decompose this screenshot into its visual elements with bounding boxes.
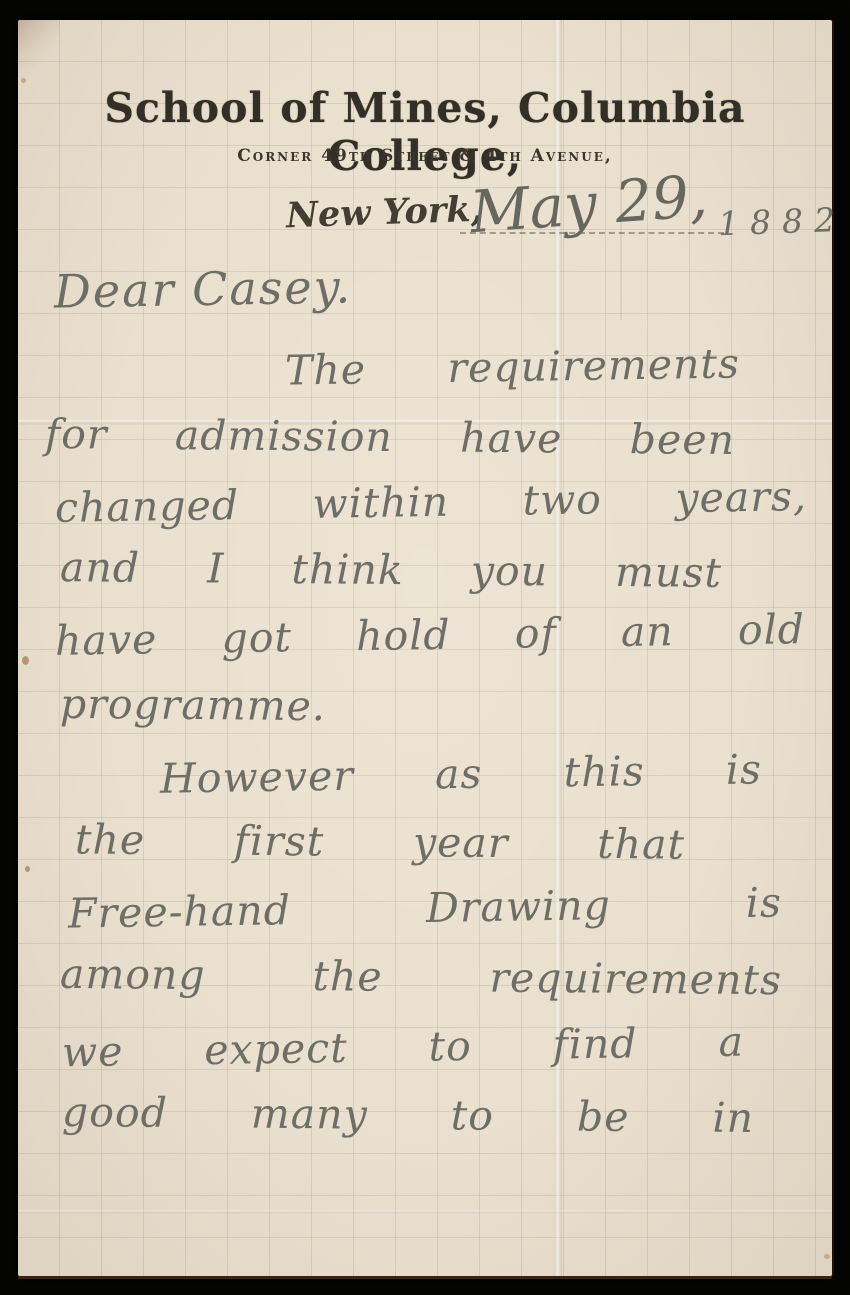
letter-paper: School of Mines, Columbia College, Corne… <box>18 20 832 1276</box>
handwritten-line: However as this is <box>160 745 763 802</box>
handwritten-line: among the requirements <box>60 950 782 1004</box>
handwritten-line: Free-hand Drawing is <box>68 878 783 937</box>
handwritten-line: have got hold of an old <box>55 605 806 665</box>
handwritten-line: the first year that <box>75 815 685 868</box>
handwritten-line: for admission have been <box>45 410 735 464</box>
scanned-letter: School of Mines, Columbia College, Corne… <box>0 0 850 1295</box>
handwritten-line: good many to be in <box>62 1088 754 1142</box>
handwritten-line: and I think you must <box>60 543 722 597</box>
handwritten-line: we expect to find a <box>62 1018 745 1077</box>
handwritten-line: The requirements <box>285 339 741 394</box>
handwritten-line: changed within two years, <box>55 472 808 532</box>
handwritten-line: programme. <box>60 680 326 730</box>
letter-body: The requirementsfor admission have beenc… <box>18 20 832 1276</box>
